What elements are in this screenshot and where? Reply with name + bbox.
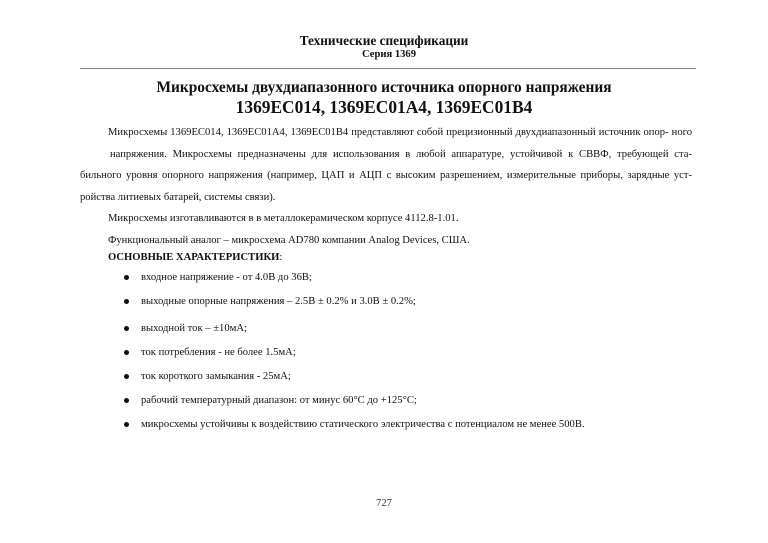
bullet-icon — [124, 275, 129, 280]
feature-text: выходные опорные напряжения – 2.5В ± 0.2… — [141, 295, 416, 309]
intro-part-2: напряжения. Микросхемы предназначены для… — [80, 149, 692, 203]
feature-text: ток короткого замыкания - 25мА; — [141, 370, 291, 384]
intro-part-1: Микросхемы 1369ЕС014, 1369ЕС01А4, 1369ЕС… — [108, 127, 692, 138]
bullet-icon — [124, 326, 129, 331]
document-title: Микросхемы двухдиапазонного источника оп… — [0, 79, 768, 117]
feature-text: входное напряжение - от 4.0В до 36В; — [141, 271, 312, 285]
bullet-icon — [124, 422, 129, 427]
header-series: Серия 1369 — [10, 48, 768, 61]
header-divider — [80, 68, 696, 69]
page-number: 727 — [0, 497, 768, 510]
bullet-icon — [124, 374, 129, 379]
section-heading: ОСНОВНЫЕ ХАРАКТЕРИСТИКИ: — [108, 251, 282, 265]
section-heading-suffix: : — [279, 252, 282, 263]
feature-text: микросхемы устойчивы к воздействию стати… — [141, 418, 585, 432]
title-line-1: Микросхемы двухдиапазонного источника оп… — [0, 79, 768, 97]
feature-text: рабочий температурный диапазон: от минус… — [141, 394, 417, 408]
body-text: Микросхемы 1369ЕС014, 1369ЕС01А4, 1369ЕС… — [80, 122, 692, 252]
bullet-icon — [124, 299, 129, 304]
title-line-2: 1369ЕС014, 1369ЕС01А4, 1369ЕС01В4 — [0, 97, 768, 117]
intro-paragraph: Микросхемы 1369ЕС014, 1369ЕС01А4, 1369ЕС… — [80, 122, 692, 208]
package-paragraph: Микросхемы изготавливаются в в металлоке… — [80, 208, 692, 230]
feature-text: ток потребления - не более 1.5мА; — [141, 346, 296, 360]
bullet-icon — [124, 398, 129, 403]
feature-text: выходной ток – ±10мА; — [141, 322, 247, 336]
page-header: Технические спецификации Серия 1369 — [0, 33, 768, 61]
analog-paragraph: Функциональный аналог – микросхема AD780… — [80, 230, 692, 252]
section-heading-text: ОСНОВНЫЕ ХАРАКТЕРИСТИКИ — [108, 252, 279, 263]
header-title: Технические спецификации — [0, 33, 768, 48]
bullet-icon — [124, 350, 129, 355]
